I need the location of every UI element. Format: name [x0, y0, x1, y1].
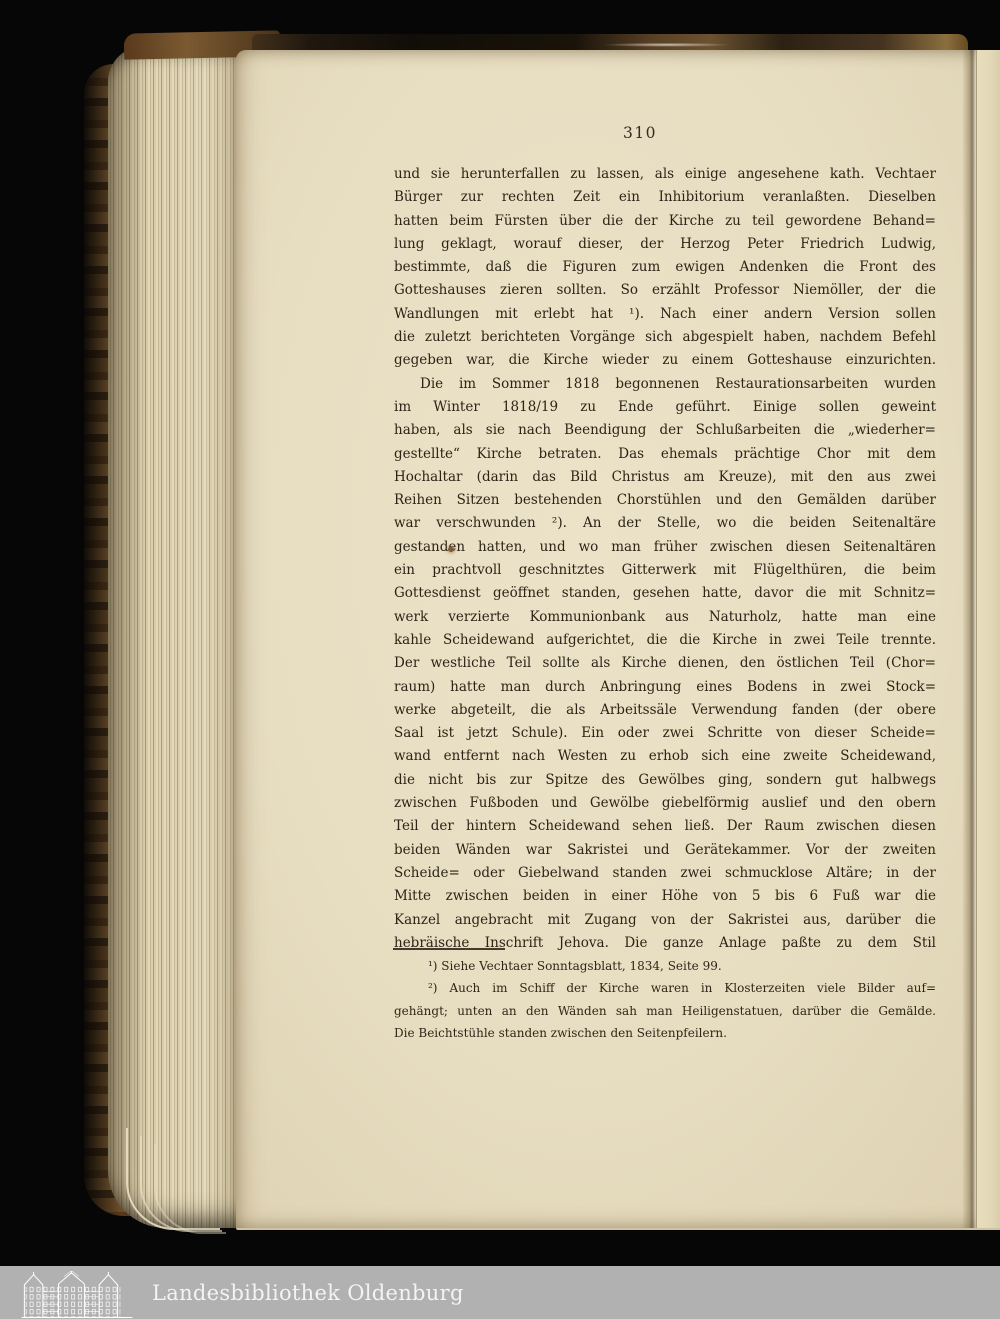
- text-line: hebräische Inschrift Jehova. Die ganze A…: [394, 932, 936, 955]
- text-line: Gottesdienst geöffnet standen, gesehen h…: [394, 582, 936, 605]
- text-line: im Winter 1818/19 zu Ende geführt. Einig…: [394, 396, 936, 419]
- text-line: war verschwunden ²). An der Stelle, wo d…: [394, 512, 936, 535]
- library-name: Landesbibliothek Oldenburg: [152, 1281, 464, 1305]
- text-line: wand entfernt nach Westen zu erhob sich …: [394, 745, 936, 768]
- text-line: Kanzel angebracht mit Zugang von der Sak…: [394, 909, 936, 932]
- text-line: raum) hatte man durch Anbringung eines B…: [394, 676, 936, 699]
- text-line: die zuletzt berichteten Vorgänge sich ab…: [394, 326, 936, 349]
- footnote-line: ²) Auch im Schiff der Kirche waren in Kl…: [394, 977, 936, 999]
- text-line: hatten beim Fürsten über die der Kirche …: [394, 210, 936, 233]
- book-scan-photo: 310 und sie herunterfallen zu lassen, al…: [0, 0, 1000, 1319]
- page-number: 310: [614, 124, 666, 142]
- text-line: Gotteshauses zieren sollten. So erzählt …: [394, 279, 936, 302]
- text-line: gestellte“ Kirche betraten. Das ehemals …: [394, 443, 936, 466]
- text-line: gegeben war, die Kirche wieder zu einem …: [394, 349, 936, 372]
- paper-stain: [448, 547, 454, 552]
- text-line: werk verzierte Kommunionbank aus Naturho…: [394, 606, 936, 629]
- text-line: werke abgeteilt, die als Arbeitssäle Ver…: [394, 699, 936, 722]
- text-line: Bürger zur rechten Zeit ein Inhibitorium…: [394, 186, 936, 209]
- text-line: bestimmte, daß die Figuren zum ewigen An…: [394, 256, 936, 279]
- footer-bar: Landesbibliothek Oldenburg: [0, 1266, 1000, 1319]
- book-page: 310 und sie herunterfallen zu lassen, al…: [236, 50, 1000, 1230]
- footnote-line: ¹) Siehe Vechtaer Sonntagsblatt, 1834, S…: [394, 955, 936, 977]
- text-line: zwischen Fußboden und Gewölbe giebelförm…: [394, 792, 936, 815]
- text-line: Mitte zwischen beiden in einer Höhe von …: [394, 885, 936, 908]
- text-line: gestanden hatten, und wo man früher zwis…: [394, 536, 936, 559]
- text-line: lung geklagt, worauf dieser, der Herzog …: [394, 233, 936, 256]
- page-fore-edge-stack: [108, 46, 238, 1228]
- text-line: Teil der hintern Scheidewand sehen ließ.…: [394, 815, 936, 838]
- library-building-icon: [18, 1271, 136, 1319]
- body-text: und sie herunterfallen zu lassen, als ei…: [394, 163, 936, 955]
- text-line: ein prachtvoll geschnitztes Gitterwerk m…: [394, 559, 936, 582]
- text-line: Der westliche Teil sollte als Kirche die…: [394, 652, 936, 675]
- text-line: Saal ist jetzt Schule). Ein oder zwei Sc…: [394, 722, 936, 745]
- text-line: Wandlungen mit erlebt hat ¹). Nach einer…: [394, 303, 936, 326]
- text-line: beiden Wänden war Sakristei und Geräteka…: [394, 839, 936, 862]
- text-line: und sie herunterfallen zu lassen, als ei…: [394, 163, 936, 186]
- text-line: kahle Scheidewand aufgerichtet, die die …: [394, 629, 936, 652]
- footnote-line: Die Beichtstühle standen zwischen den Se…: [394, 1022, 936, 1044]
- text-line: Die im Sommer 1818 begonnenen Restaurati…: [394, 373, 936, 396]
- text-line: Reihen Sitzen bestehenden Chorstühlen un…: [394, 489, 936, 512]
- footnotes: ¹) Siehe Vechtaer Sonntagsblatt, 1834, S…: [394, 955, 936, 1044]
- text-line: haben, als sie nach Beendigung der Schlu…: [394, 419, 936, 442]
- underlying-page-edge: [976, 50, 1000, 1228]
- footnote-rule: [393, 948, 505, 950]
- page-fold-shadow: [962, 50, 976, 1228]
- text-line: die nicht bis zur Spitze des Gewölbes gi…: [394, 769, 936, 792]
- text-line: Scheide= oder Giebelwand standen zwei sc…: [394, 862, 936, 885]
- footnote-line: gehängt; unten an den Wänden sah man Hei…: [394, 1000, 936, 1022]
- text-line: Hochaltar (darin das Bild Christus am Kr…: [394, 466, 936, 489]
